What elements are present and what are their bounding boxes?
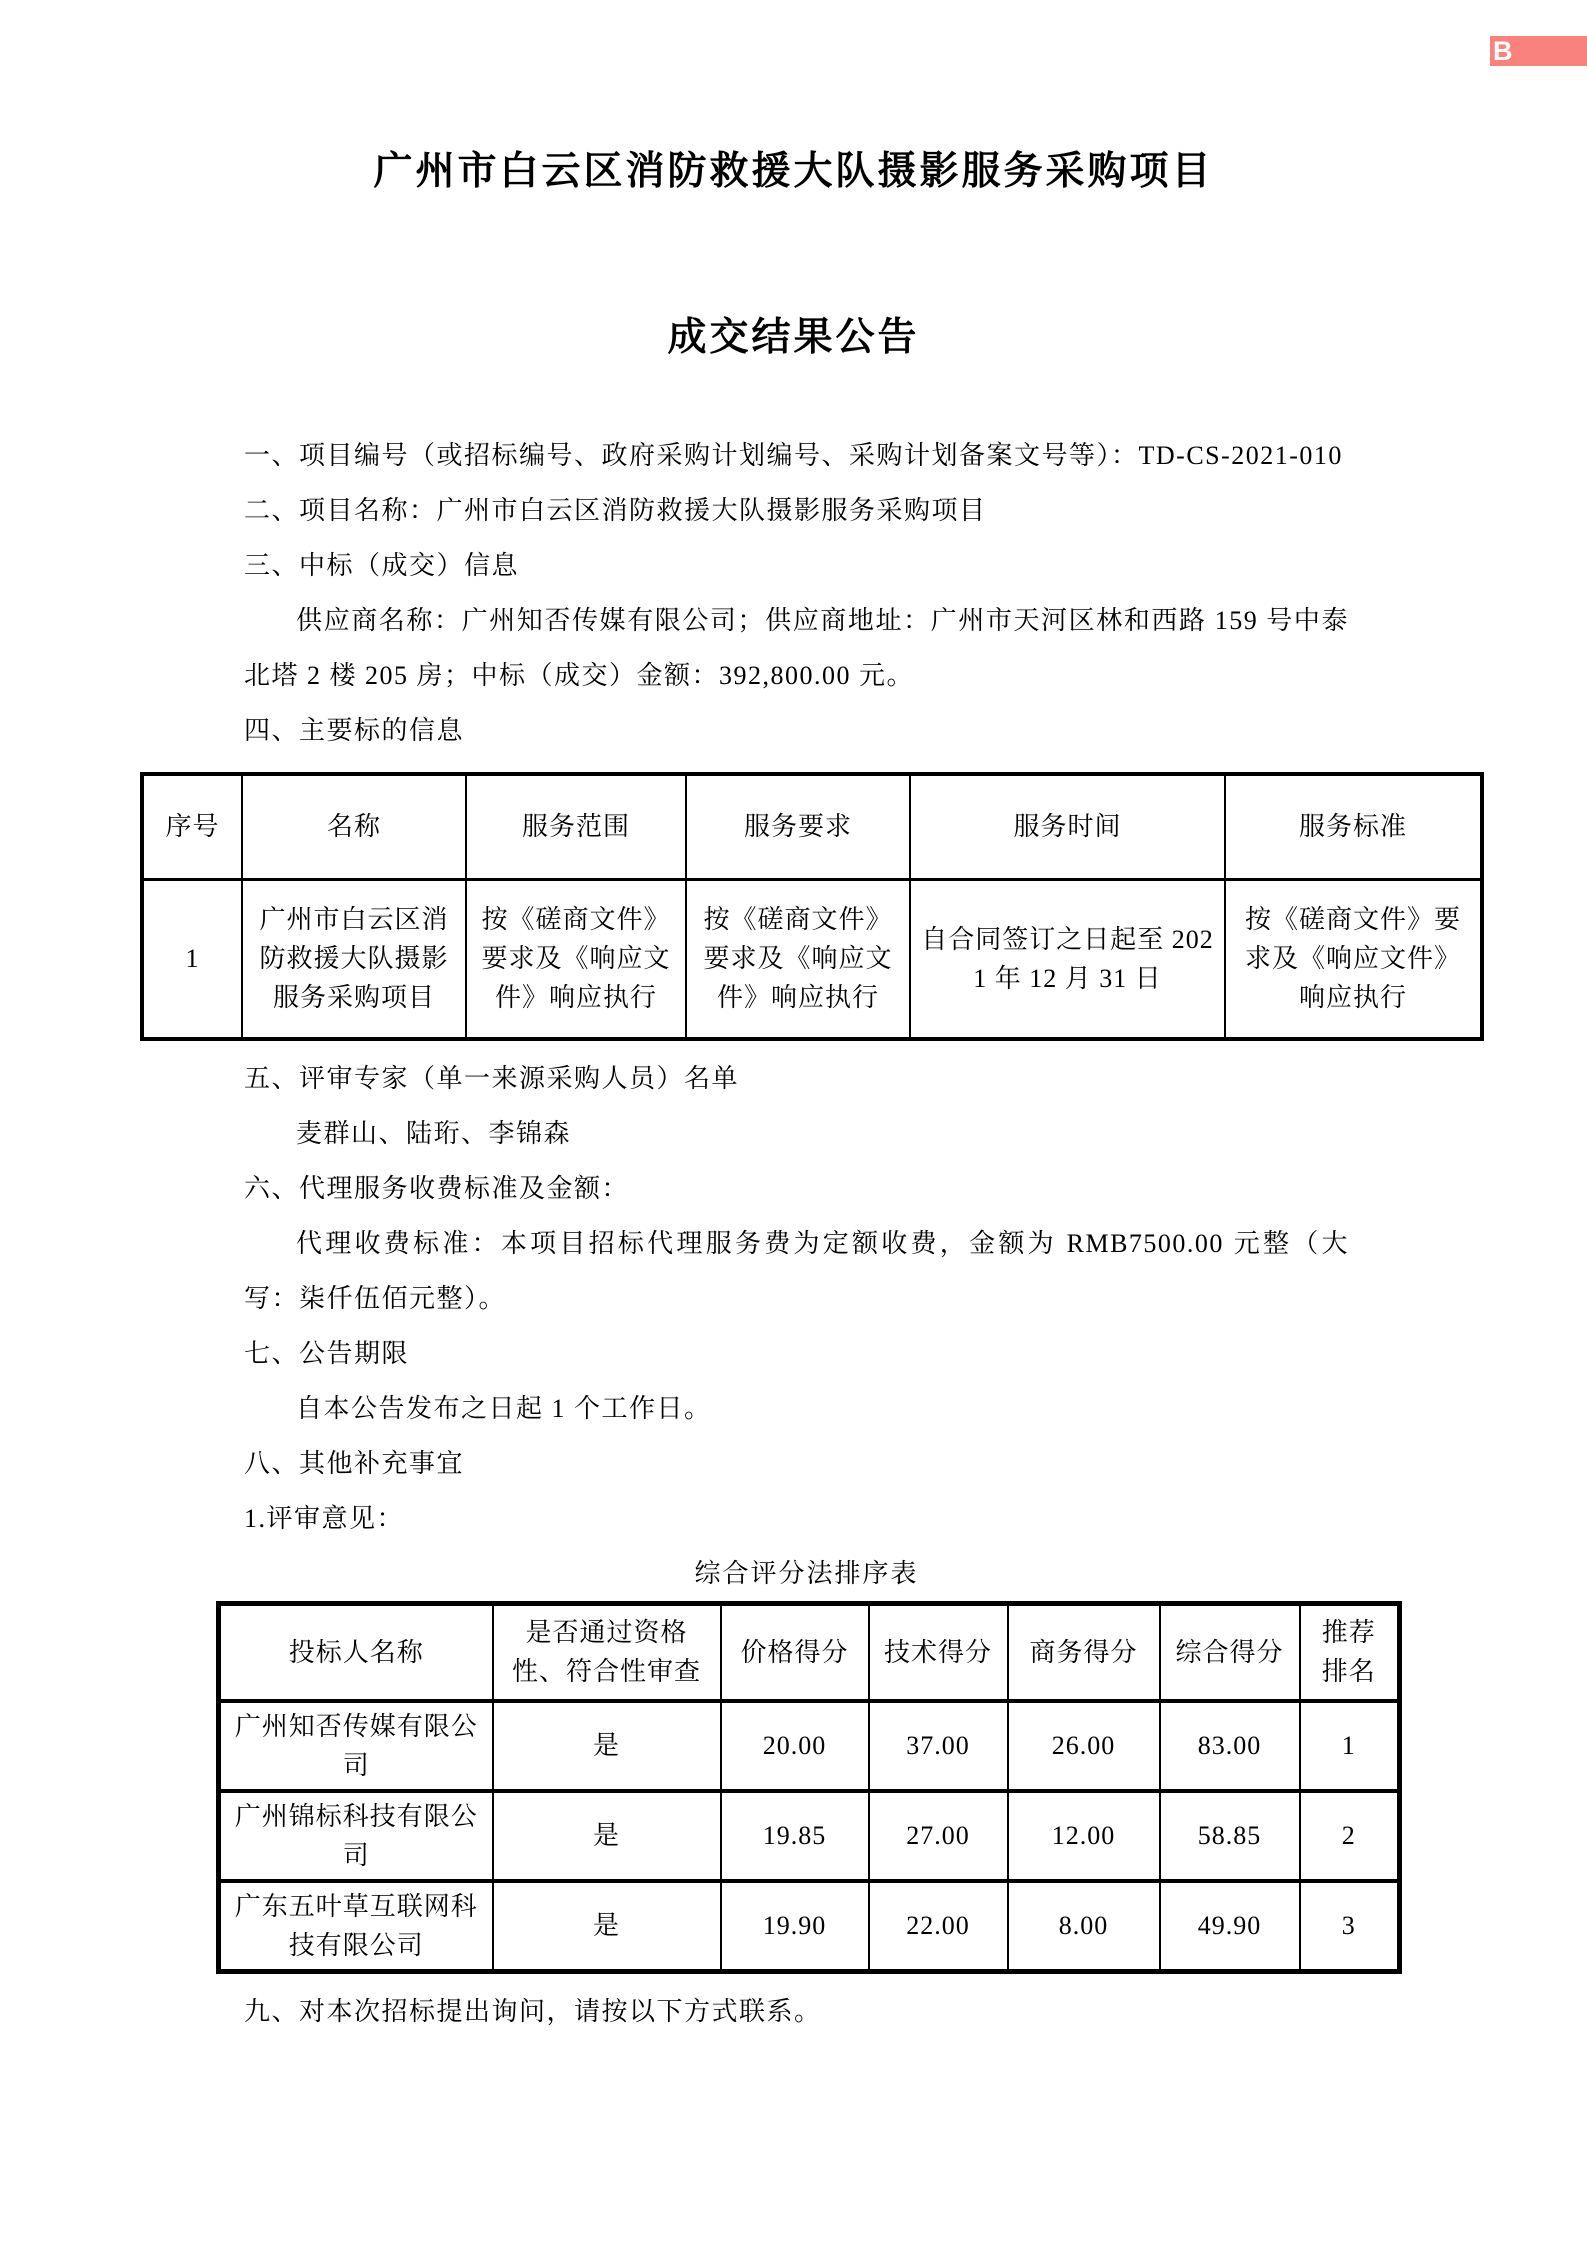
expert-names-paragraph: 麦群山、陆珩、李锦森 <box>244 1106 1349 1161</box>
section-item-4-main-subject: 四、主要标的信息 <box>244 703 1349 758</box>
t2-cell-total-score: 58.85 <box>1160 1791 1300 1881</box>
t2-cell-biz-score: 12.00 <box>1008 1791 1160 1881</box>
section-item-5-experts: 五、评审专家（单一来源采购人员）名单 <box>244 1051 1349 1106</box>
t2-cell-rank: 3 <box>1300 1881 1400 1972</box>
t2-cell-rank: 1 <box>1300 1701 1400 1791</box>
t1-header-name: 名称 <box>242 774 466 879</box>
t2-cell-bidder: 广州锦标科技有限公司 <box>219 1791 493 1881</box>
t2-header-tech-score: 技术得分 <box>869 1604 1008 1701</box>
t2-cell-qualification: 是 <box>493 1881 721 1972</box>
score-table-row-2: 广州锦标科技有限公司 是 19.85 27.00 12.00 58.85 2 <box>219 1791 1400 1881</box>
score-table-row-3: 广东五叶草互联网科技有限公司 是 19.90 22.00 8.00 49.90 … <box>219 1881 1400 1972</box>
t2-cell-price-score: 19.90 <box>721 1881 869 1972</box>
t2-cell-qualification: 是 <box>493 1701 721 1791</box>
score-table-row-1: 广州知否传媒有限公司 是 20.00 37.00 26.00 83.00 1 <box>219 1701 1400 1791</box>
t1-header-seq: 序号 <box>142 774 242 879</box>
t1-header-time: 服务时间 <box>910 774 1225 879</box>
t2-cell-total-score: 49.90 <box>1160 1881 1300 1972</box>
t2-cell-biz-score: 8.00 <box>1008 1881 1160 1972</box>
section-item-1-project-number: 一、项目编号（或招标编号、政府采购计划编号、采购计划备案文号等）：TD-CS-2… <box>244 428 1349 483</box>
t2-cell-bidder: 广东五叶草互联网科技有限公司 <box>219 1881 493 1972</box>
document-subtitle: 成交结果公告 <box>0 314 1587 362</box>
t2-cell-price-score: 19.85 <box>721 1791 869 1881</box>
agency-fee-paragraph: 代理收费标准：本项目招标代理服务费为定额收费，金额为 RMB7500.00 元整… <box>244 1216 1349 1326</box>
supplier-info-paragraph: 供应商名称：广州知否传媒有限公司；供应商地址：广州市天河区林和西路 159 号中… <box>244 593 1349 703</box>
announcement-period-paragraph: 自本公告发布之日起 1 个工作日。 <box>244 1381 1349 1436</box>
body-section-top: 一、项目编号（或招标编号、政府采购计划编号、采购计划备案文号等）：TD-CS-2… <box>244 428 1349 758</box>
review-opinion-label: 1.评审意见： <box>244 1491 1349 1546</box>
t2-cell-bidder: 广州知否传媒有限公司 <box>219 1701 493 1791</box>
section-item-6-agency-fee: 六、代理服务收费标准及金额： <box>244 1161 1349 1216</box>
section-item-2-project-name: 二、项目名称：广州市白云区消防救援大队摄影服务采购项目 <box>244 483 1349 538</box>
document-title: 广州市白云区消防救援大队摄影服务采购项目 <box>0 148 1587 196</box>
t2-header-qualification: 是否通过资格性、符合性审查 <box>493 1604 721 1701</box>
t1-cell-require: 按《磋商文件》要求及《响应文件》响应执行 <box>686 879 910 1039</box>
score-table-header-row: 投标人名称 是否通过资格性、符合性审查 价格得分 技术得分 商务得分 综合得分 … <box>219 1604 1400 1701</box>
announcement-document-page: B 广州市白云区消防救援大队摄影服务采购项目 成交结果公告 一、项目编号（或招标… <box>0 0 1587 2245</box>
main-subject-table-header-row: 序号 名称 服务范围 服务要求 服务时间 服务标准 <box>142 774 1482 879</box>
t1-cell-name: 广州市白云区消防救援大队摄影服务采购项目 <box>242 879 466 1039</box>
t2-cell-price-score: 20.00 <box>721 1701 869 1791</box>
t2-cell-total-score: 83.00 <box>1160 1701 1300 1791</box>
t2-cell-tech-score: 27.00 <box>869 1791 1008 1881</box>
t1-header-standard: 服务标准 <box>1225 774 1482 879</box>
body-section-middle: 五、评审专家（单一来源采购人员）名单 麦群山、陆珩、李锦森 六、代理服务收费标准… <box>244 1051 1349 1546</box>
t2-header-rank: 推荐排名 <box>1300 1604 1400 1701</box>
t2-header-total-score: 综合得分 <box>1160 1604 1300 1701</box>
t2-header-biz-score: 商务得分 <box>1008 1604 1160 1701</box>
t2-cell-qualification: 是 <box>493 1791 721 1881</box>
brand-badge: B <box>1490 36 1587 66</box>
t2-cell-tech-score: 22.00 <box>869 1881 1008 1972</box>
t2-cell-biz-score: 26.00 <box>1008 1701 1160 1791</box>
t2-cell-tech-score: 37.00 <box>869 1701 1008 1791</box>
t1-header-require: 服务要求 <box>686 774 910 879</box>
comprehensive-score-table: 投标人名称 是否通过资格性、符合性审查 价格得分 技术得分 商务得分 综合得分 … <box>216 1601 1402 1974</box>
main-subject-table: 序号 名称 服务范围 服务要求 服务时间 服务标准 1 广州市白云区消防救援大队… <box>140 772 1484 1041</box>
section-item-9-inquiry-contact: 九、对本次招标提出询问，请按以下方式联系。 <box>244 1984 1349 2039</box>
t2-header-price-score: 价格得分 <box>721 1604 869 1701</box>
t1-cell-time: 自合同签订之日起至 2021 年 12 月 31 日 <box>910 879 1225 1039</box>
section-item-8-supplementary: 八、其他补充事宜 <box>244 1436 1349 1491</box>
main-subject-table-row: 1 广州市白云区消防救援大队摄影服务采购项目 按《磋商文件》要求及《响应文件》响… <box>142 879 1482 1039</box>
score-table-title: 综合评分法排序表 <box>216 1546 1397 1601</box>
t2-header-bidder: 投标人名称 <box>219 1604 493 1701</box>
t1-cell-scope: 按《磋商文件》要求及《响应文件》响应执行 <box>466 879 686 1039</box>
brand-badge-letter: B <box>1493 36 1513 66</box>
section-item-7-announcement-period: 七、公告期限 <box>244 1326 1349 1381</box>
section-item-3-award-info: 三、中标（成交）信息 <box>244 538 1349 593</box>
body-section-bottom: 九、对本次招标提出询问，请按以下方式联系。 <box>244 1984 1349 2039</box>
t1-cell-standard: 按《磋商文件》要求及《响应文件》响应执行 <box>1225 879 1482 1039</box>
t2-cell-rank: 2 <box>1300 1791 1400 1881</box>
t1-cell-seq: 1 <box>142 879 242 1039</box>
t1-header-scope: 服务范围 <box>466 774 686 879</box>
